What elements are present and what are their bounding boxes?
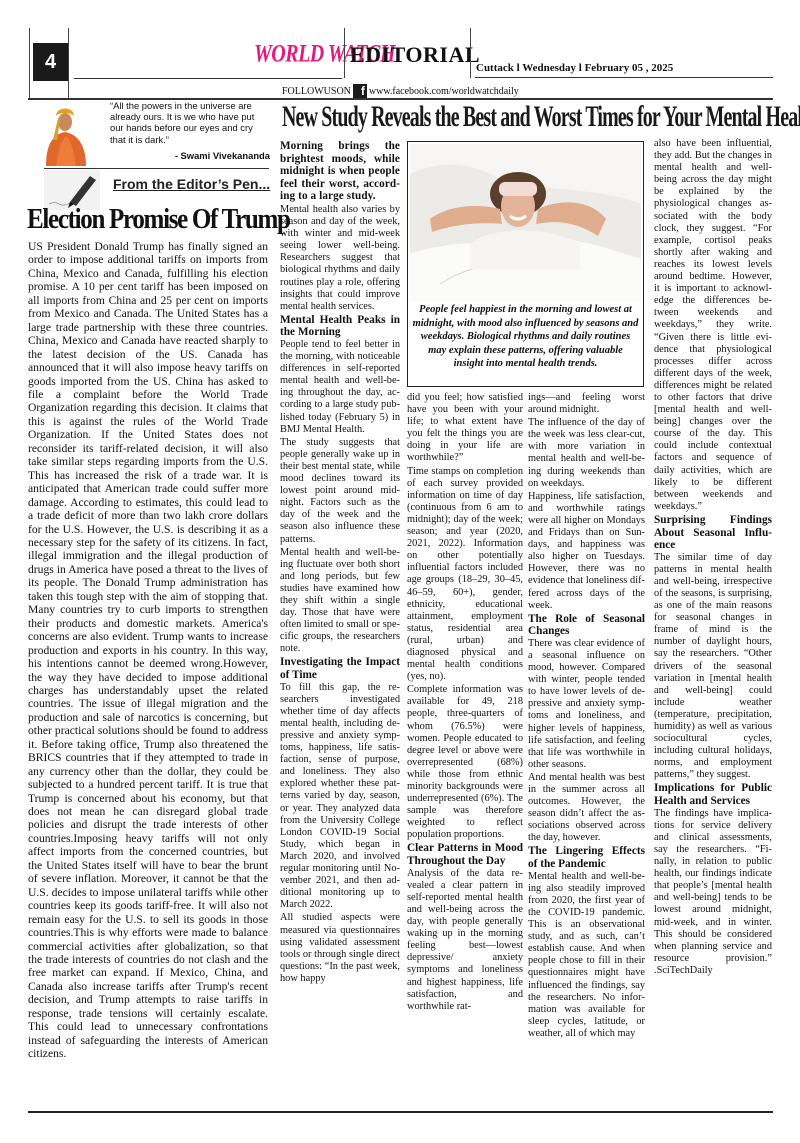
masthead-divider <box>344 28 345 78</box>
column-content: also have been influential, they add. Bu… <box>654 138 772 977</box>
swami-vivekananda-portrait <box>38 100 93 166</box>
story-subhead: Mental Health Peaks in the Morning <box>280 314 400 339</box>
story-paragraph: Time stamps on comple­tion of each surve… <box>407 466 523 684</box>
quote-author: - Swami Vivekananda <box>110 150 270 161</box>
masthead-left-rule-2 <box>68 28 69 100</box>
quote-text: “All the powers in the universe are alre… <box>110 100 270 145</box>
page-bottom-rule <box>28 1111 773 1113</box>
story-subhead: Clear Patterns in Mood Throughout the Da… <box>407 842 523 867</box>
column-content: ings—and feeling worst around midnight.T… <box>528 392 645 1040</box>
story-subhead: The Role of Seasonal Changes <box>528 613 645 638</box>
story-paragraph: The similar time of day patterns in ment… <box>654 552 772 782</box>
story-paragraph: The influence of the day of the week was… <box>528 417 645 490</box>
editorial-body: US President Donald Trump has finally si… <box>28 240 268 1061</box>
dateline: Cuttack l Wednesday l February 05 , 2025 <box>476 62 673 74</box>
photo-caption: People feel happiest in the morning and … <box>412 303 639 371</box>
story-paragraph: ings—and feeling worst around midnight. <box>528 392 645 416</box>
masthead-underline-left <box>74 78 342 79</box>
story-paragraph: also have been influential, they add. Bu… <box>654 138 772 513</box>
story-photo-box: People feel happiest in the morning and … <box>407 141 644 387</box>
quote-divider <box>44 168 269 169</box>
story-paragraph: did you feel; how satis­fied have you be… <box>407 392 523 465</box>
story-column-2: did you feel; how satis­fied have you be… <box>407 392 523 1014</box>
woman-waking-photo <box>410 144 641 301</box>
story-paragraph: All studied aspects were measured via qu… <box>280 912 400 985</box>
story-paragraph: Happiness, life satisfaction, and worthw… <box>528 491 645 612</box>
story-paragraph: The study suggests that people generally… <box>280 437 400 546</box>
story-paragraph: There was clear evidence of a seasonal i… <box>528 638 645 771</box>
story-headline: New Study Reveals the Best and Worst Tim… <box>282 101 800 135</box>
story-subhead: Implications for Public Health and Servi… <box>654 782 772 807</box>
story-column-1: Morning brings the brightest moods, whil… <box>280 140 400 986</box>
story-column-4: also have been influential, they add. Bu… <box>654 138 772 978</box>
story-paragraph: People tend to feel better in the mornin… <box>280 339 400 436</box>
masthead-underline-right <box>475 77 773 78</box>
story-paragraph: Mental health also varies by season and … <box>280 204 400 313</box>
story-paragraph: Mental health and well-be­ing also stead… <box>528 871 645 1040</box>
facebook-link[interactable]: www.facebook.com/worldwatchdaily <box>369 86 519 97</box>
story-subhead: The Lingering Effects of the Pandemic <box>528 845 645 870</box>
story-paragraph: To fill this gap, the re­searchers inves… <box>280 682 400 912</box>
story-paragraph: Analysis of the data re­vealed a clear p… <box>407 868 523 1013</box>
facebook-icon[interactable]: f <box>353 84 367 98</box>
masthead-left-rule <box>29 28 30 100</box>
story-subhead: Surprising Findings About Seasonal Influ… <box>654 514 772 552</box>
follow-label: FOLLOWUSON <box>282 86 351 97</box>
column-content: Mental health also varies by season and … <box>280 204 400 985</box>
page-number: 4 <box>33 43 68 81</box>
follow-us-bar: FOLLOWUSON f www.facebook.com/worldwatch… <box>282 84 519 98</box>
masthead-divider-2 <box>470 28 471 78</box>
section-title: EDITORIAL <box>350 42 480 68</box>
story-paragraph: Complete information was available for 4… <box>407 684 523 841</box>
story-column-3: ings—and feeling worst around midnight.T… <box>528 392 645 1041</box>
story-paragraph: Mental health and well-be­ing fluctuate … <box>280 547 400 656</box>
editorial-headline: Election Promise Of Trump <box>27 204 290 236</box>
story-subhead: Investigating the Impact of Time <box>280 656 400 681</box>
editors-pen-kicker: From the Editor’s Pen... <box>113 176 270 192</box>
story-paragraph: The findings have implica­tions for serv… <box>654 808 772 977</box>
column-content: did you feel; how satis­fied have you be… <box>407 392 523 1013</box>
story-paragraph: And mental health was best in the summer… <box>528 772 645 845</box>
story-lead: Morning brings the brightest moods, whil… <box>280 140 400 203</box>
